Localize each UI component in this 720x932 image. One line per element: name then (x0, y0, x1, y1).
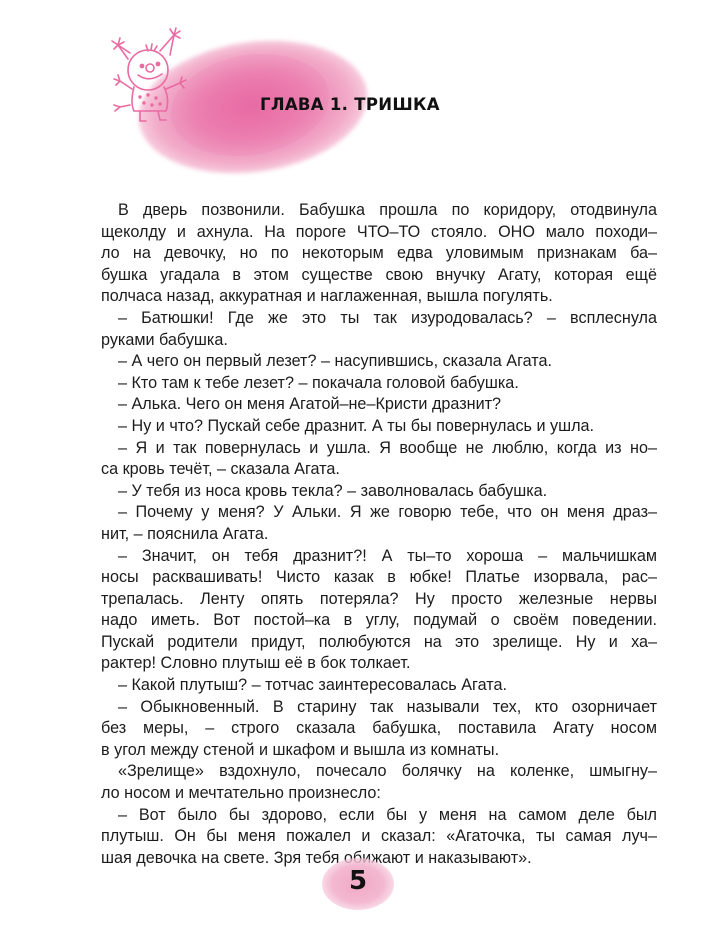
text-line: надо иметь. Вот постой–ка в углу, подума… (101, 610, 657, 632)
chapter-title: ГЛАВА 1. ТРИШКА (260, 95, 440, 114)
text-line: без меры, – строго сказала бабушка, пост… (101, 718, 657, 740)
text-line: трепалась. Ленту опять потеряла? Ну прос… (101, 589, 657, 611)
text-line: полчаса назад, аккуратная и наглаженная,… (101, 286, 657, 308)
text-line: рактер! Словно плутыш её в бок толкает. (101, 653, 657, 675)
text-line: плутыш. Он бы меня пожалел и сказал: «Аг… (101, 826, 657, 848)
text-line: – Какой плутыш? – тотчас заинтересовалас… (101, 675, 657, 697)
chapter-body-text: В дверь позвонили. Бабушка прошла по кор… (101, 200, 657, 869)
text-line: бушка угадала в этом существе свою внучк… (101, 265, 657, 287)
text-line: ло носом и мечтательно произнесло: (101, 783, 657, 805)
text-line: нит, – пояснила Агата. (101, 524, 657, 546)
text-line: носы расквашивать! Чисто казак в юбке! П… (101, 567, 657, 589)
mascot-trishka-icon (100, 25, 210, 125)
text-line: – Значит, он тебя дразнит?! А ты–то хоро… (101, 546, 657, 568)
text-line: Пускай родители придут, полюбуются на эт… (101, 632, 657, 654)
text-line: – Ну и что? Пускай себе дразнит. А ты бы… (101, 416, 657, 438)
text-line: – У тебя из носа кровь текла? – заволнов… (101, 481, 657, 503)
text-line: – Я и так повернулась и ушла. Я вообще н… (101, 438, 657, 460)
text-line: – Батюшки! Где же это ты так изуродовала… (101, 308, 657, 330)
text-line: – Обыкновенный. В старину так называли т… (101, 697, 657, 719)
text-line: «Зрелище» вздохнуло, почесало болячку на… (101, 761, 657, 783)
text-line: – А чего он первый лезет? – насупившись,… (101, 351, 657, 373)
text-line: – Кто там к тебе лезет? – покачала голов… (101, 373, 657, 395)
text-line: са кровь течёт, – сказала Агата. (101, 459, 657, 481)
text-line: ло на девочку, но по некоторым едва улов… (101, 243, 657, 265)
text-line: руками бабушка. (101, 330, 657, 352)
text-line: В дверь позвонили. Бабушка прошла по кор… (101, 200, 657, 222)
text-line: щеколду и ахнула. На пороге ЧТО–ТО стоял… (101, 222, 657, 244)
text-line: – Вот было бы здорово, если бы у меня на… (101, 805, 657, 827)
text-line: – Алька. Чего он меня Агатой–не–Кристи д… (101, 394, 657, 416)
text-line: в угол между стеной и шкафом и вышла из … (101, 740, 657, 762)
page-number: 5 (340, 866, 376, 896)
text-line: – Почему у меня? У Альки. Я же говорю те… (101, 502, 657, 524)
